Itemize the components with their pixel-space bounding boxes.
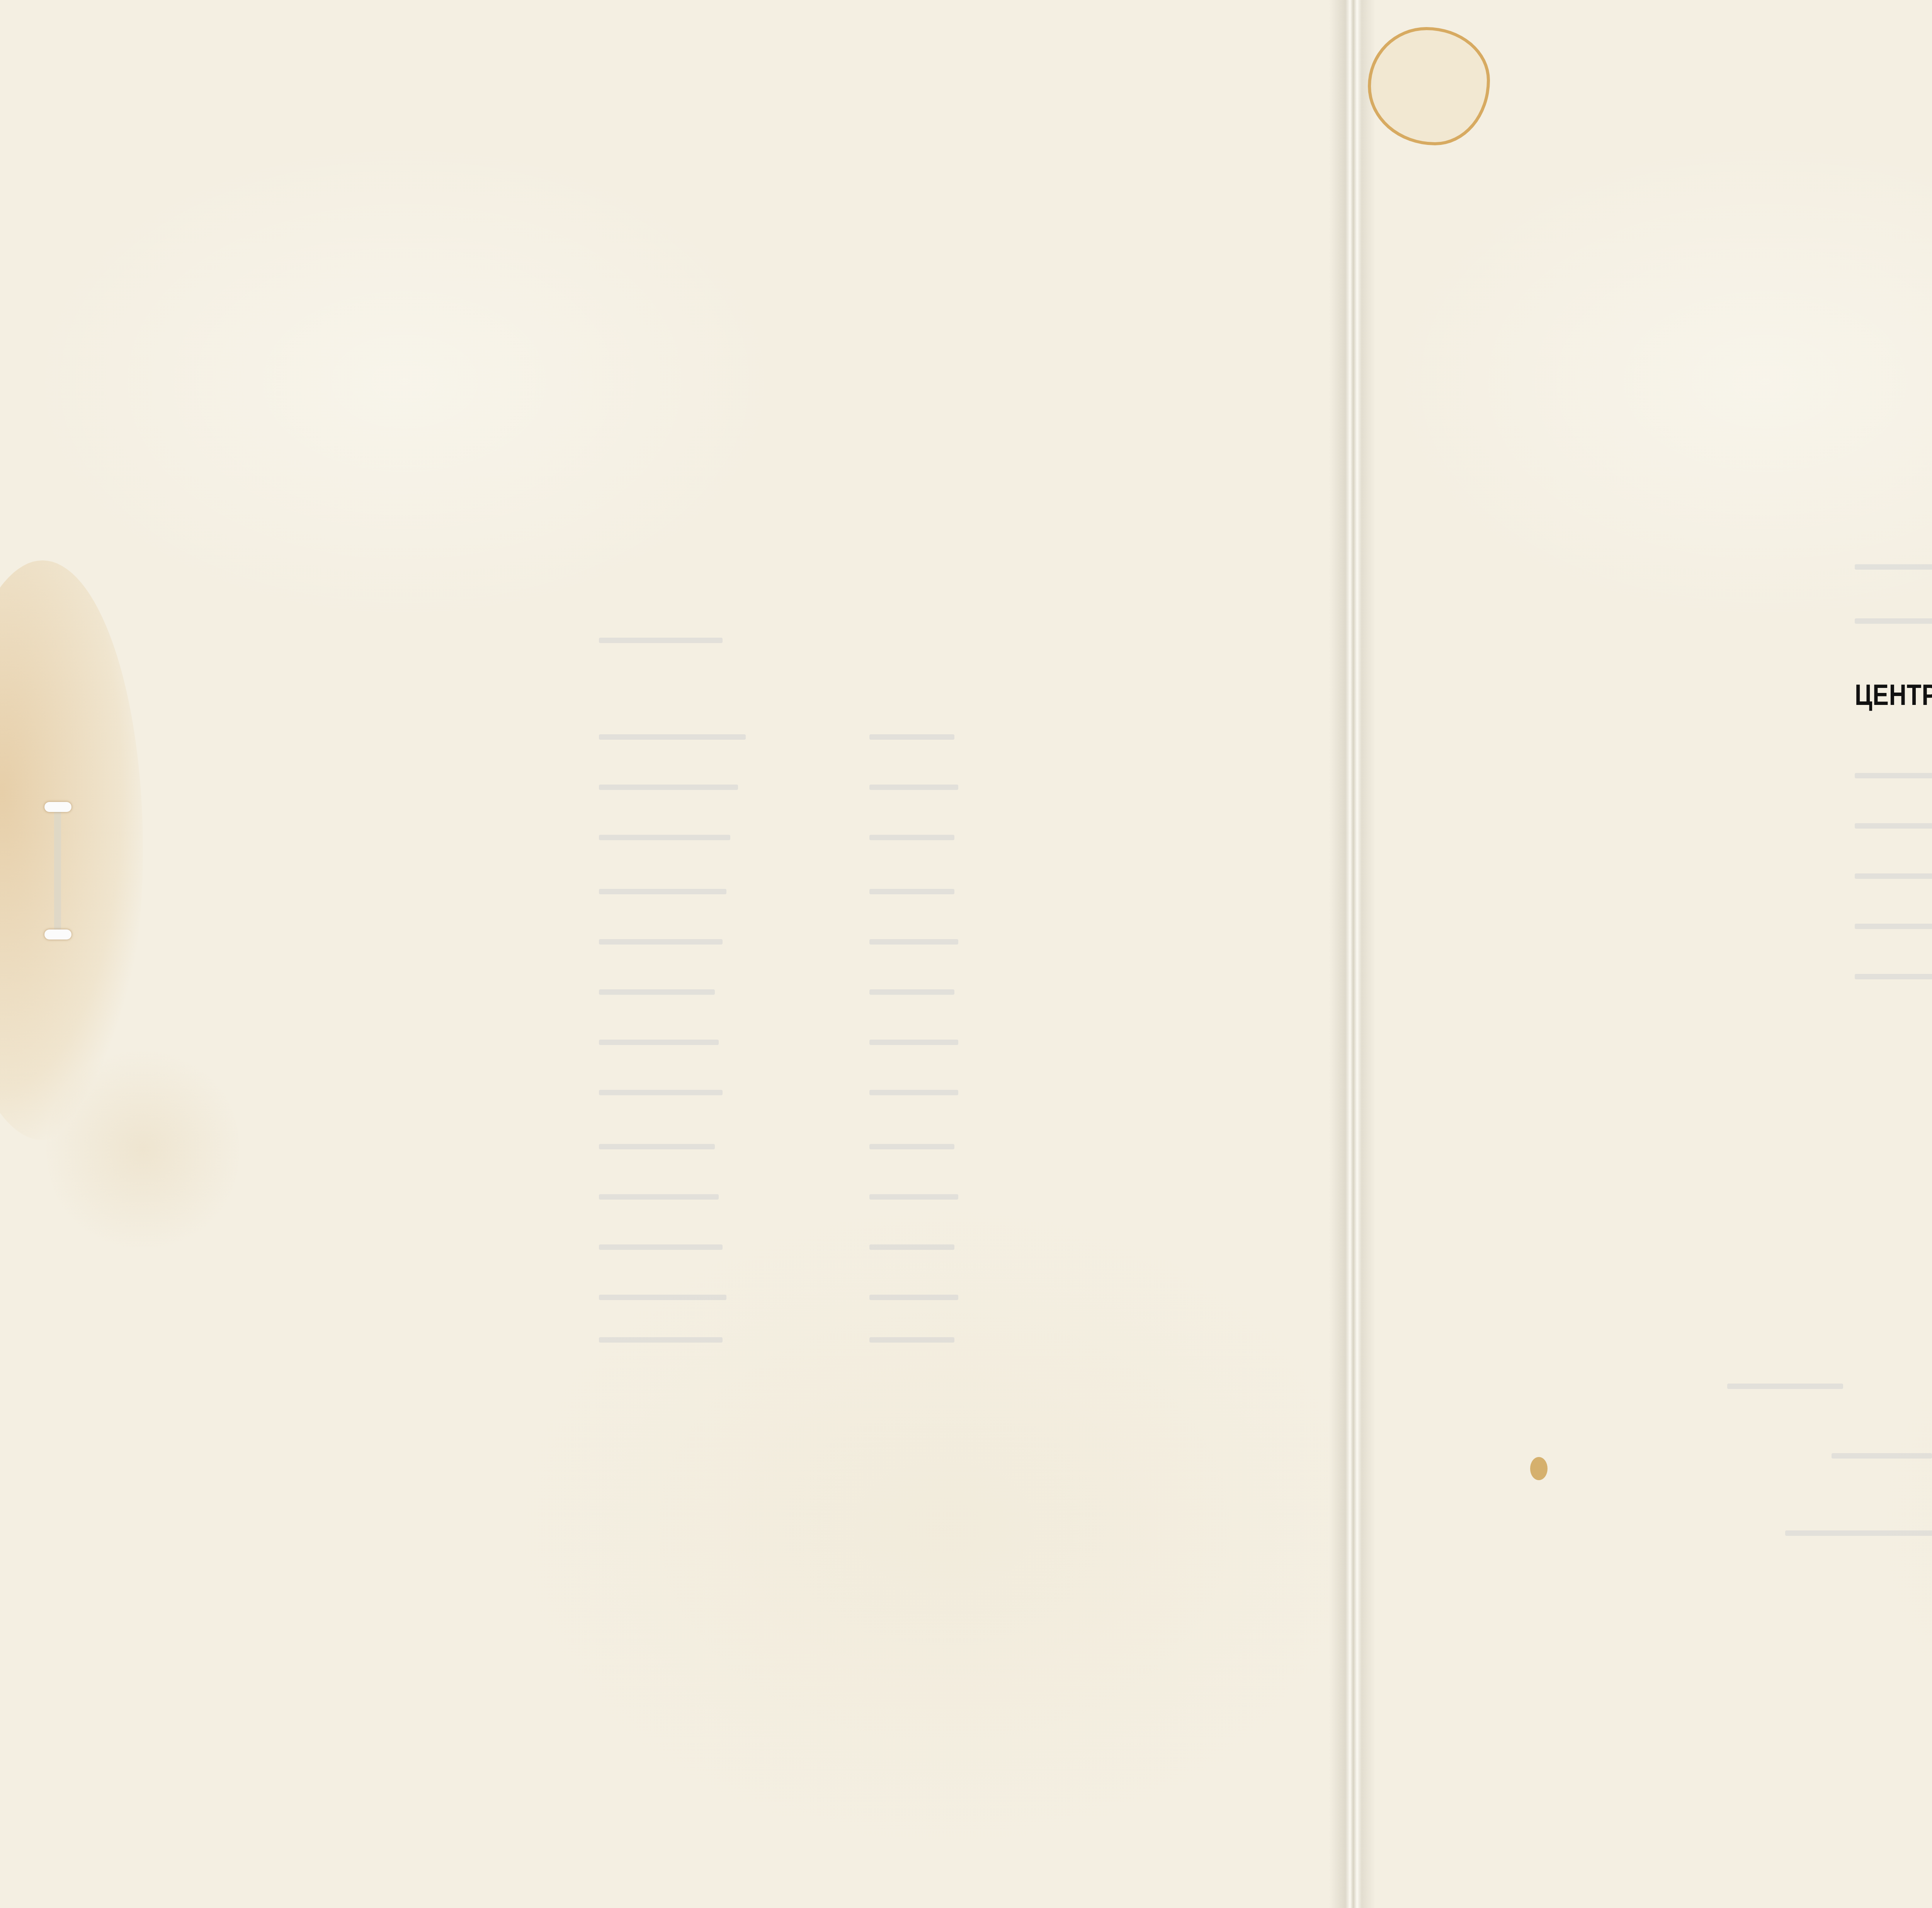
bleed-through-text xyxy=(869,1090,958,1095)
stain-spot xyxy=(1530,1457,1548,1480)
binding-fold xyxy=(1329,0,1376,1908)
bleed-through-text xyxy=(1727,1384,1843,1389)
bleed-through-text xyxy=(599,785,738,790)
bleed-through-text xyxy=(1855,873,1932,879)
bleed-through-text xyxy=(869,1040,958,1045)
bleed-through-text xyxy=(599,1244,723,1250)
bleed-through-text xyxy=(869,1144,954,1149)
water-stain-faint xyxy=(46,1043,240,1256)
bleed-through-text xyxy=(1855,974,1932,979)
bleed-through-text xyxy=(1832,1453,1932,1459)
bleed-through-text xyxy=(599,835,730,840)
bleed-through-text xyxy=(599,1194,719,1200)
left-page xyxy=(0,0,1349,1908)
bleed-through-text xyxy=(869,889,954,894)
title-block: ЦЕНТРАЛЬНЫЙ ПРОЦЕССОР 3.858.240ПЭЗ 3.858… xyxy=(1855,678,1932,857)
bleed-through-text xyxy=(599,1090,723,1095)
bleed-through-text xyxy=(869,1337,954,1343)
bleed-through-text xyxy=(599,734,746,740)
document-title: ЦЕНТРАЛЬНЫЙ ПРОЦЕССОР xyxy=(1855,678,1932,712)
staple-bottom-icon xyxy=(44,929,71,940)
bleed-through-text xyxy=(599,638,723,643)
bleed-through-text xyxy=(1785,1530,1932,1536)
bleed-through-text xyxy=(869,939,958,945)
bleed-through-text xyxy=(599,1144,715,1149)
bleed-through-text xyxy=(869,1295,958,1300)
bleed-through-text xyxy=(599,1040,719,1045)
bleed-through-text xyxy=(869,1244,954,1250)
bleed-through-text xyxy=(1855,924,1932,929)
bleed-through-text xyxy=(869,1194,958,1200)
bleed-through-text xyxy=(869,989,954,995)
bleed-through-text xyxy=(869,734,954,740)
bleed-through-text xyxy=(1855,618,1932,624)
bleed-through-text xyxy=(599,1295,726,1300)
bleed-through-text xyxy=(1855,564,1932,570)
bleed-through-text xyxy=(599,1337,723,1343)
bleed-through-text xyxy=(869,835,954,840)
right-page xyxy=(1360,0,1932,1908)
bleed-through-text xyxy=(599,889,726,894)
staple-bar xyxy=(54,810,61,933)
bleed-through-text xyxy=(869,785,958,790)
bleed-through-text xyxy=(599,989,715,995)
staple-top-icon xyxy=(44,802,71,812)
bleed-through-text xyxy=(599,939,723,945)
